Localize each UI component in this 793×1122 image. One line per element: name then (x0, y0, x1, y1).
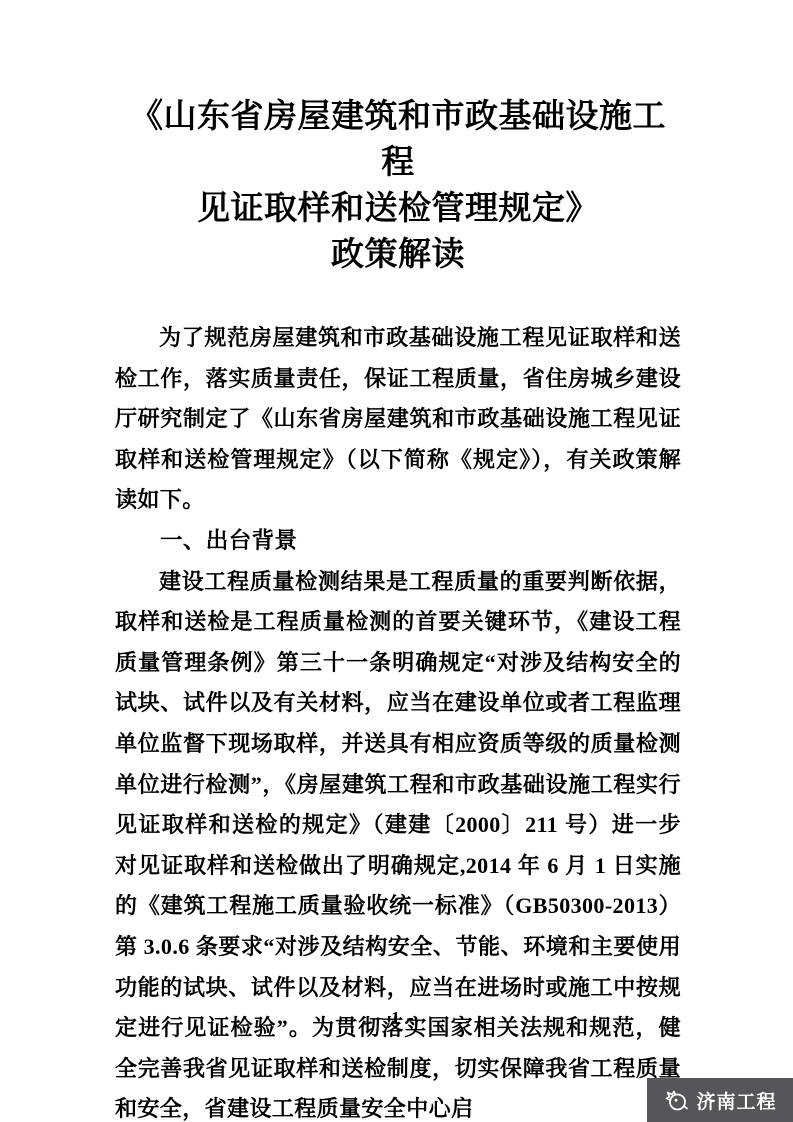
document-title: 《山东省房屋建筑和市政基础设施工程 见证取样和送检管理规定》 政策解读 (115, 94, 681, 278)
section-heading-background: 一、出台背景 (115, 521, 681, 562)
page-number: - 1 - (0, 1008, 793, 1028)
background-paragraph: 建设工程质量检测结果是工程质量的重要判断依据，取样和送检是工程质量检测的首要关键… (115, 562, 681, 1122)
title-line-3: 政策解读 (331, 237, 465, 273)
document-page: 《山东省房屋建筑和市政基础设施工程 见证取样和送检管理规定》 政策解读 为了规范… (0, 0, 793, 1122)
publisher-watermark: 济南工程 (647, 1078, 793, 1122)
document-content: 《山东省房屋建筑和市政基础设施工程 见证取样和送检管理规定》 政策解读 为了规范… (115, 94, 681, 1122)
title-line-2: 见证取样和送检管理规定》 (197, 191, 599, 227)
bird-logo-icon (663, 1087, 689, 1113)
title-line-1: 《山东省房屋建筑和市政基础设施工程 (130, 99, 666, 181)
document-body: 为了规范房屋建筑和市政基础设施工程见证取样和送检工作，落实质量责任，保证工程质量… (115, 318, 681, 1122)
watermark-label: 济南工程 (696, 1087, 776, 1114)
intro-paragraph: 为了规范房屋建筑和市政基础设施工程见证取样和送检工作，落实质量责任，保证工程质量… (115, 318, 681, 521)
